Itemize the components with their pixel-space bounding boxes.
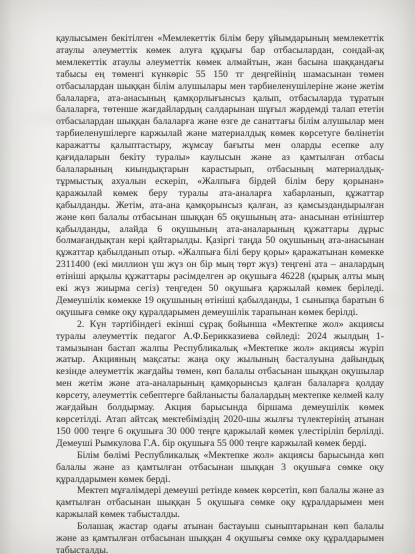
paragraph-teachers-sponsor-aid: Мектеп мұғалімдері демеуші ретінде көмек… <box>56 485 384 521</box>
paragraph-education-department-aid: Білім бөлімі Республикалық «Мектепке жол… <box>56 450 384 486</box>
scanned-document-page: қаулысымен бекітілген «Мемлекеттік білім… <box>0 0 415 554</box>
paragraph-continuation: қаулысымен бекітілген «Мемлекеттік білім… <box>56 33 384 319</box>
paragraph-agenda-item-2: 2. Күн тәртібіндегі екінші сұрақ бойынша… <box>56 319 384 450</box>
document-text-block: қаулысымен бекітілген «Мемлекеттік білім… <box>56 33 384 554</box>
paragraph-youth-union-aid: Болашақ жастар одағы атынан бастауыш сын… <box>56 521 384 554</box>
